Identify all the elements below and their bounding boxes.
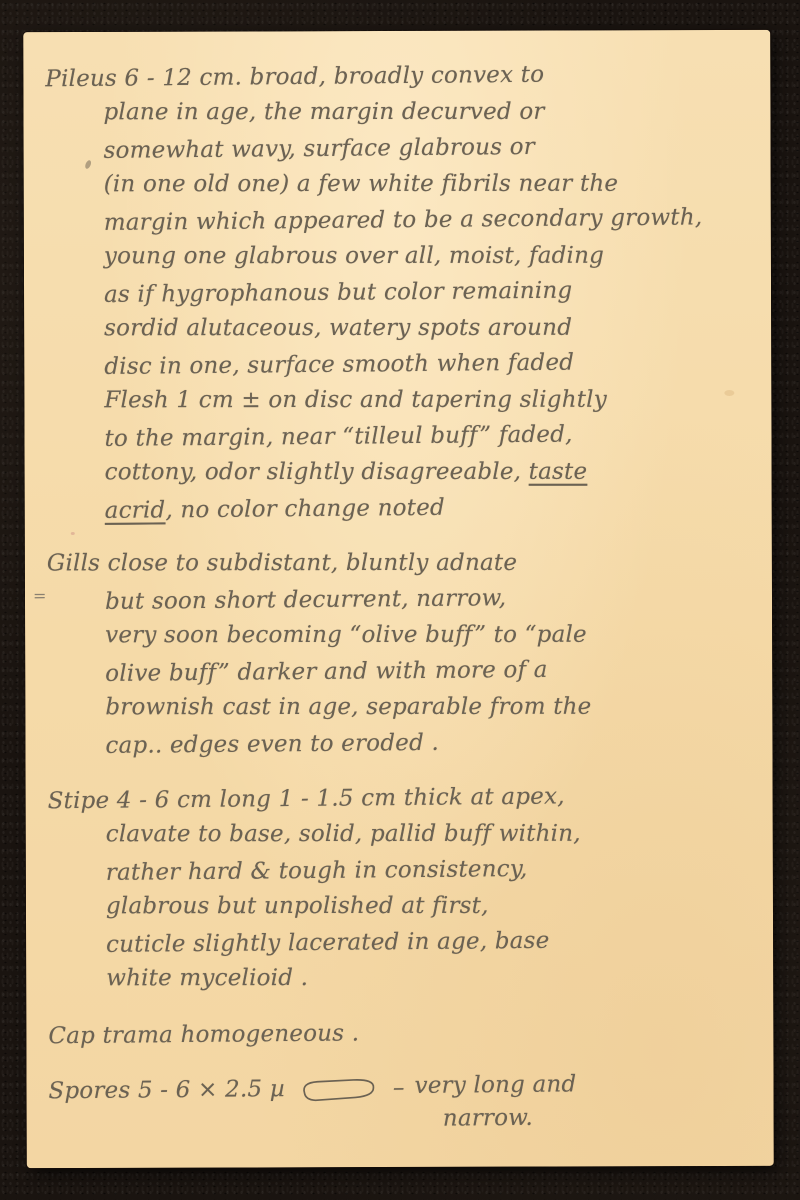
- handwriting-line: margin which appeared to be a secondary …: [104, 199, 755, 241]
- handwriting-line: brownish cast in age, separable from the: [105, 689, 756, 726]
- section-spores: Spores 5 - 6 × 2.5 µ – very long and nar…: [48, 1069, 757, 1137]
- spores-note: very long and narrow.: [414, 1068, 576, 1135]
- spores-measurement: Spores 5 - 6 × 2.5 µ: [48, 1071, 285, 1109]
- spores-note-line2: narrow.: [443, 1101, 577, 1135]
- spore-sketch: [295, 1076, 383, 1105]
- photo-background: Pileus 6 - 12 cm. broad, broadly convex …: [0, 0, 800, 1200]
- handwriting-line: clavate to base, solid, pallid buff with…: [106, 816, 757, 853]
- handwriting-line: Flesh 1 cm ± on disc and tapering slight…: [104, 382, 755, 419]
- handwriting-line: acrid, no color change noted: [105, 487, 756, 529]
- handwriting-line: glabrous but unpolished at first,: [106, 888, 757, 925]
- section-stipe: Stipe 4 - 6 cm long 1 - 1.5 cm thick at …: [48, 779, 758, 997]
- handwriting-line: (in one old one) a few white fibrils nea…: [104, 166, 755, 203]
- note-card: Pileus 6 - 12 cm. broad, broadly convex …: [23, 30, 774, 1168]
- handwriting-line: plane in age, the margin decurved or: [103, 94, 754, 131]
- handwriting-line: cottony, odor slightly disagreeable, tas…: [105, 454, 756, 491]
- handwriting-line: Gills close to subdistant, bluntly adnat…: [47, 545, 756, 582]
- handwriting-line: cap.. edges even to eroded .: [105, 722, 756, 764]
- handwriting-line: somewhat wavy, surface glabrous or: [103, 127, 754, 169]
- handwriting-line: as if hygrophanous but color remaining: [104, 271, 755, 313]
- section-pileus: Pileus 6 - 12 cm. broad, broadly convex …: [45, 57, 755, 527]
- handwriting-line: young one glabrous over all, moist, fadi…: [104, 238, 755, 275]
- handwriting-line: but soon short decurrent, narrow,: [105, 578, 756, 620]
- handwriting-line: disc in one, surface smooth when faded: [104, 343, 755, 385]
- paper-speck: [71, 532, 75, 535]
- handwriting-line: cuticle slightly lacerated in age, base: [106, 921, 757, 963]
- handwriting-line: rather hard & tough in consistency,: [106, 849, 757, 891]
- handwriting-line: Pileus 6 - 12 cm. broad, broadly convex …: [45, 55, 754, 98]
- handwriting-line: olive buff” darker and with more of a: [105, 650, 756, 692]
- section-gills: = Gills close to subdistant, bluntly adn…: [47, 544, 757, 762]
- handwriting-line: sordid alutaceous, watery spots around: [104, 310, 755, 347]
- handwriting-line: very soon becoming “olive buff” to “pale: [105, 617, 756, 654]
- spores-note-line1: very long and: [414, 1068, 576, 1102]
- handwriting-line: white mycelioid .: [106, 960, 757, 997]
- handwriting-line: to the margin, near “tilleul buff” faded…: [104, 415, 755, 457]
- spores-dash: –: [393, 1070, 405, 1106]
- margin-equals-mark: =: [33, 586, 47, 605]
- section-cap-trama: Cap trama homogeneous .: [48, 1014, 757, 1052]
- handwriting-line: Cap trama homogeneous .: [48, 1012, 757, 1055]
- handwriting-line: Stipe 4 - 6 cm long 1 - 1.5 cm thick at …: [47, 777, 756, 820]
